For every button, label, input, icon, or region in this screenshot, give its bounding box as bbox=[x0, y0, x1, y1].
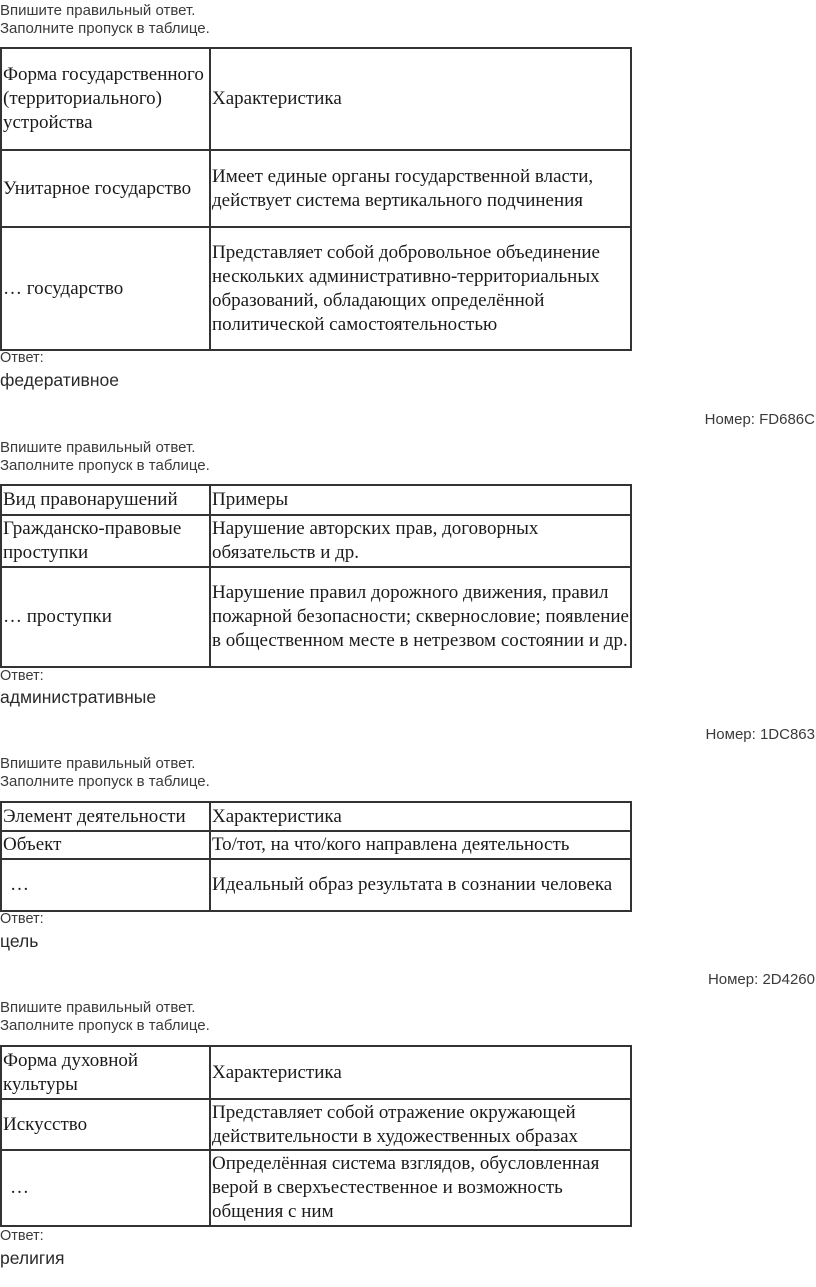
table-header-cell: Примеры bbox=[210, 485, 631, 515]
table-cell: Унитарное государство bbox=[1, 150, 210, 227]
table-header-row: Элемент деятельности Характеристика bbox=[1, 802, 631, 831]
table-cell: … проступки bbox=[1, 567, 210, 667]
table-header-row: Форма государственного (территориального… bbox=[1, 48, 631, 150]
table-header-cell: Элемент деятельности bbox=[1, 802, 210, 831]
table-cell: Идеальный образ результата в сознании че… bbox=[210, 859, 631, 911]
table-cell: Представляет собой отражение окружающей … bbox=[210, 1099, 631, 1150]
question-table: Форма государственного (территориального… bbox=[0, 47, 632, 351]
table-cell: Имеет единые органы государственной влас… bbox=[210, 150, 631, 227]
table-header-cell: Форма духовной культуры bbox=[1, 1046, 210, 1099]
table-row: Гражданско-правовые проступки Нарушение … bbox=[1, 515, 631, 567]
table-row: … государство Представляет собой доброво… bbox=[1, 227, 631, 350]
instruction-line-2: Заполните пропуск в таблице. bbox=[0, 457, 210, 475]
table-cell: … bbox=[1, 859, 210, 911]
table-cell: … bbox=[1, 1150, 210, 1226]
instruction-line-1: Впишите правильный ответ. bbox=[0, 2, 195, 20]
question-number: Номер: 2D4260 bbox=[708, 971, 815, 989]
table-row: … Идеальный образ результата в сознании … bbox=[1, 859, 631, 911]
table-header-cell: Характеристика bbox=[210, 802, 631, 831]
table-cell: Представляет собой добровольное объедине… bbox=[210, 227, 631, 350]
instruction-line-1: Впишите правильный ответ. bbox=[0, 439, 195, 457]
instruction-line-2: Заполните пропуск в таблице. bbox=[0, 20, 210, 38]
question-table: Элемент деятельности Характеристика Объе… bbox=[0, 801, 632, 912]
table-header-cell: Характеристика bbox=[210, 48, 631, 150]
answer-value: федеративное bbox=[0, 370, 119, 390]
table-cell: Объект bbox=[1, 831, 210, 859]
table-cell: Нарушение правил дорожного движения, пра… bbox=[210, 567, 631, 667]
table-cell: Гражданско-правовые проступки bbox=[1, 515, 210, 567]
table-cell: … государство bbox=[1, 227, 210, 350]
table-cell: Искусство bbox=[1, 1099, 210, 1150]
answer-value: цель bbox=[0, 931, 38, 951]
instruction-line-1: Впишите правильный ответ. bbox=[0, 999, 195, 1017]
table-header-cell: Характеристика bbox=[210, 1046, 631, 1099]
instruction-line-1: Впишите правильный ответ. bbox=[0, 755, 195, 773]
question-number: Номер: 1DC863 bbox=[705, 726, 815, 744]
table-row: Объект То/тот, на что/кого направлена де… bbox=[1, 831, 631, 859]
table-row: … Определённая система взглядов, обуслов… bbox=[1, 1150, 631, 1226]
answer-value: административные bbox=[0, 687, 156, 707]
answer-label: Ответ: bbox=[0, 350, 44, 367]
table-cell: Нарушение авторских прав, договорных обя… bbox=[210, 515, 631, 567]
table-header-cell: Вид правонарушений bbox=[1, 485, 210, 515]
table-header-cell: Форма государственного (территориального… bbox=[1, 48, 210, 150]
table-cell: То/тот, на что/кого направлена деятельно… bbox=[210, 831, 631, 859]
instruction-line-2: Заполните пропуск в таблице. bbox=[0, 1017, 210, 1035]
question-number: Номер: FD686C bbox=[705, 411, 815, 429]
table-header-row: Вид правонарушений Примеры bbox=[1, 485, 631, 515]
answer-label: Ответ: bbox=[0, 911, 44, 928]
table-row: … проступки Нарушение правил дорожного д… bbox=[1, 567, 631, 667]
table-cell: Определённая система взглядов, обусловле… bbox=[210, 1150, 631, 1226]
question-table: Вид правонарушений Примеры Гражданско-пр… bbox=[0, 484, 632, 668]
table-header-row: Форма духовной культуры Характеристика bbox=[1, 1046, 631, 1099]
table-row: Унитарное государство Имеет единые орган… bbox=[1, 150, 631, 227]
answer-label: Ответ: bbox=[0, 1228, 44, 1245]
table-row: Искусство Представляет собой отражение о… bbox=[1, 1099, 631, 1150]
answer-value: религия bbox=[0, 1248, 65, 1268]
instruction-line-2: Заполните пропуск в таблице. bbox=[0, 773, 210, 791]
question-table: Форма духовной культуры Характеристика И… bbox=[0, 1045, 632, 1227]
answer-label: Ответ: bbox=[0, 668, 44, 685]
